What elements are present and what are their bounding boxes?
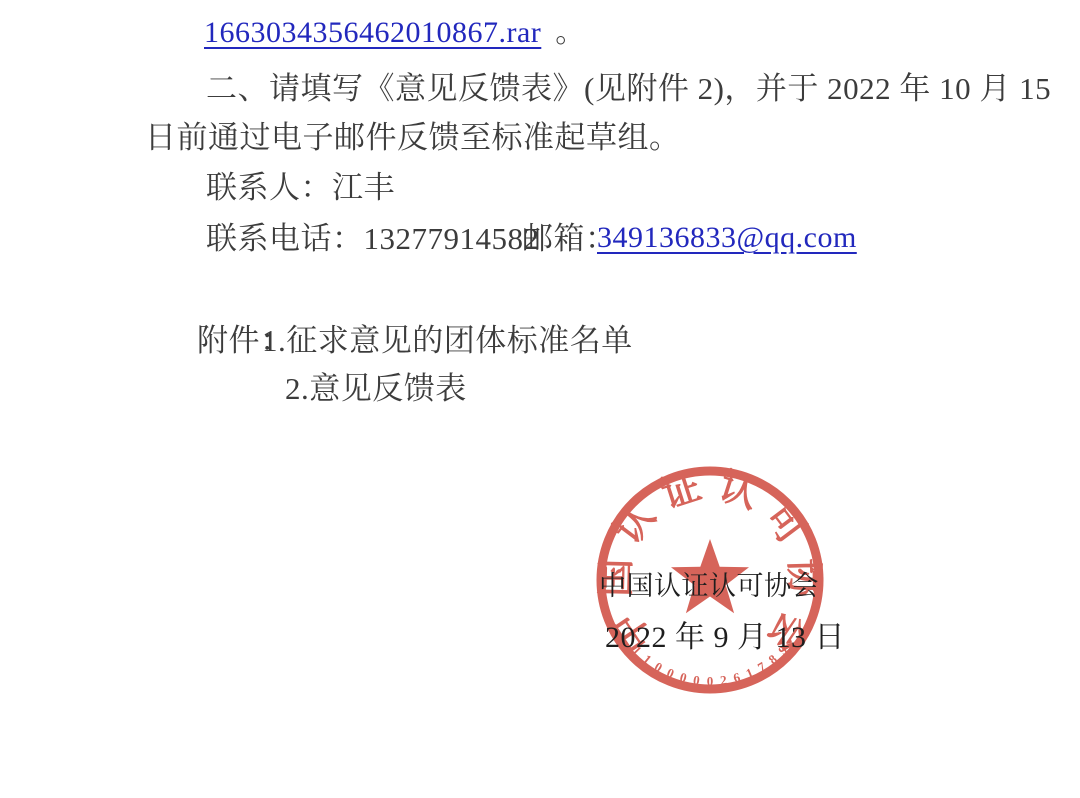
seal-glyph: 2 [719,672,727,688]
sentence-period: 。 [555,16,586,49]
seal-glyph: 认 [607,496,663,552]
body-paragraph-line-1: 二、请填写《意见反馈表》(见附件 2)，并于 2022 年 10 月 15 [206,71,1051,107]
body-paragraph-line-2: 日前通过电子邮件反馈至标准起草组。 [145,120,681,156]
seal-glyph: 0 [707,674,714,689]
signature-date: 2022 年 9 月 13 日 [605,621,845,654]
attachment-link-line: 1663034356462010867.rar。 [204,16,586,51]
seal-glyph: 可 [756,496,812,552]
email-link[interactable]: 349136833@qq.com [597,221,857,256]
contact-person-line: 联系人：江丰 [206,170,395,206]
seal-glyph: 7 [755,659,769,675]
document-page: 1663034356462010867.rar。 二、请填写《意见反馈表》(见附… [0,0,1080,798]
seal-glyph: 0 [652,659,665,675]
attachment-item-1: 1.征求意见的团体标准名单 [262,323,633,359]
attachment-item-2: 2.意见反馈表 [285,371,467,407]
rar-attachment-link[interactable]: 1663034356462010867.rar [204,16,541,49]
contact-phone-line: 联系电话：13277914582 [206,221,540,257]
signature-organization: 中国认证认可协会 [599,572,819,602]
